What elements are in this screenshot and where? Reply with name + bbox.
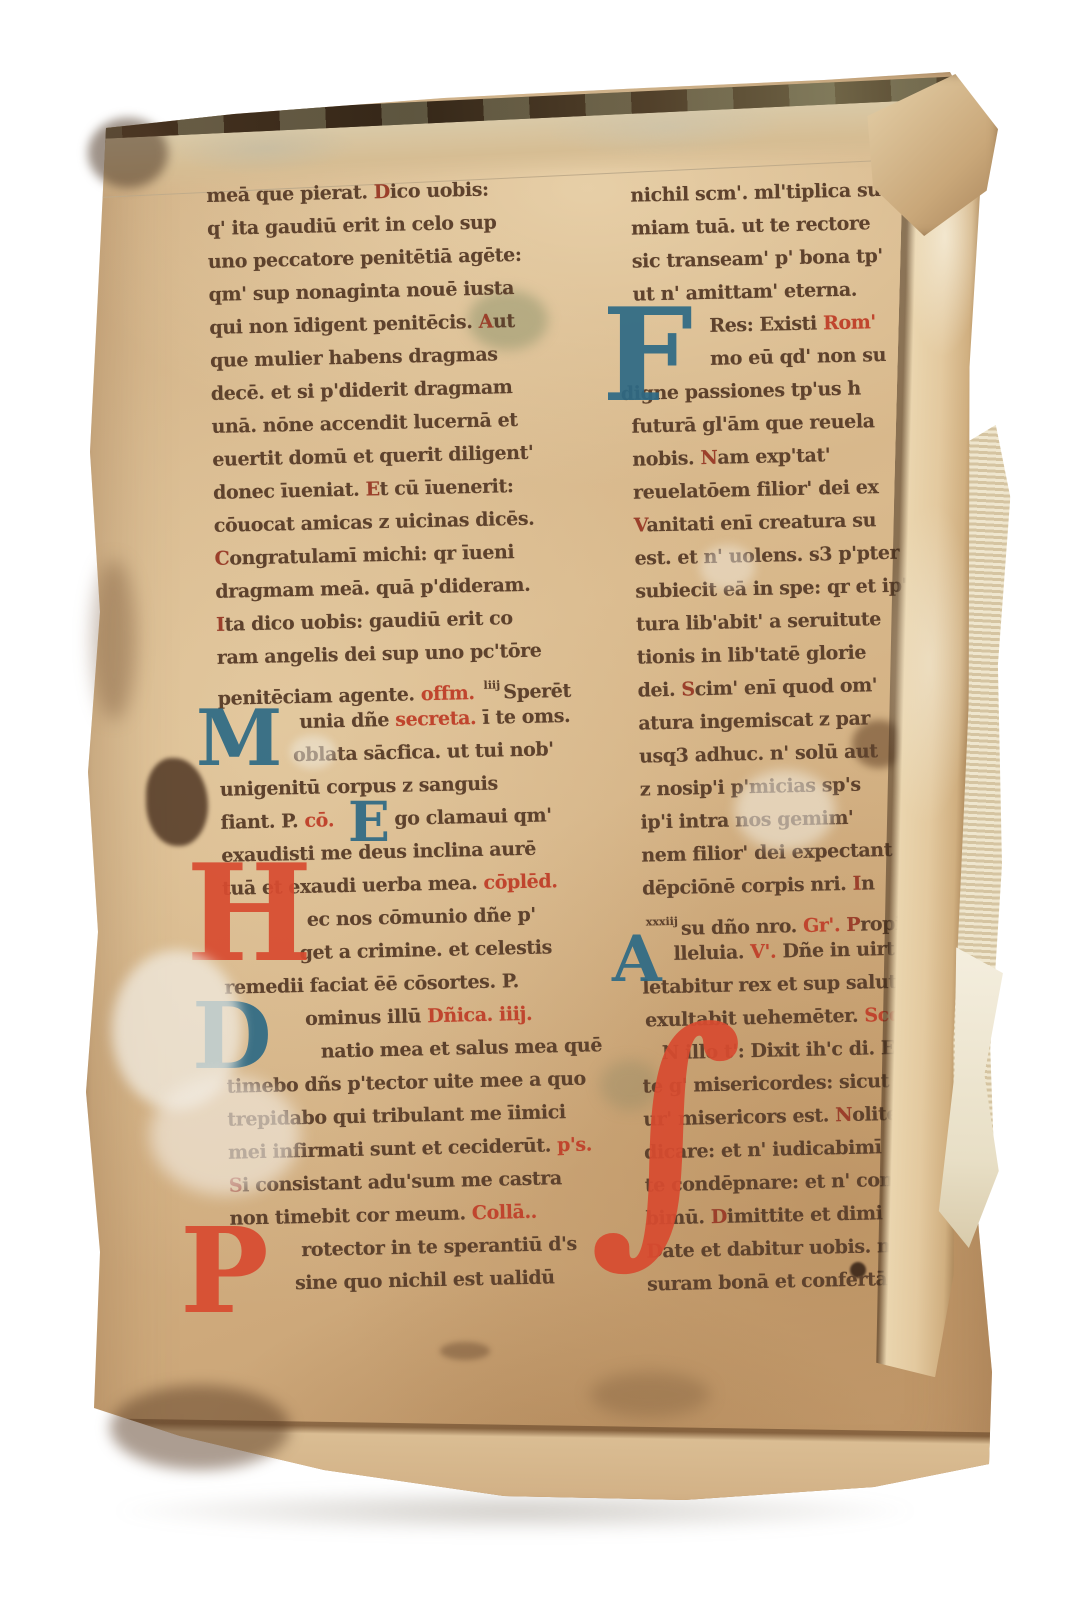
body-text: ī te oms. [482,705,570,729]
body-text: reuelatōem filior' dei ex [633,476,879,504]
body-text: ominus illū [305,1005,428,1030]
rubric-text: Collā.. [472,1201,537,1224]
body-text: miam tuā. ut te rectore [631,212,871,239]
body-text: dragmam meā. quā p'dideram. [215,574,530,603]
body-text: ec nos cōmunio dñe p' [307,904,537,931]
body-text: uno peccatore penitētiā agēte: [208,244,522,273]
body-text: qui non īdigent penitēcis. [209,311,479,339]
body-text: i consistant adu'sum me castra [242,1167,562,1196]
body-text: ta dico uobis: gaudiū erit co [224,607,513,636]
body-text: N [835,1104,852,1126]
body-text: unia dñe [299,709,395,733]
body-text: mo eū qd' non su [710,344,886,370]
body-text: nichil scm'. ml'tiplica su [630,179,881,207]
body-text: natio mea et salus mea quē [321,1034,603,1062]
body-text: n [861,872,875,894]
body-text: cōuocat amicas z uicinas dicēs. [214,508,535,537]
body-text: S [681,678,695,700]
illuminated-initial-f: F [602,292,693,420]
body-text: trepidabo qui tribulant me īimici [227,1101,566,1131]
body-text: S [229,1174,243,1196]
body-text: que mulier habens dragmas [210,343,498,372]
body-text: cim' enī quod om' [694,674,877,700]
body-text: anitati enī creatura su [646,509,876,536]
body-text: go clamaui qm' [394,804,552,830]
body-text: usq3 adhuc. n' solū aut [639,740,878,767]
rubric-text: Rom' [823,311,876,334]
body-text: timebo dñs p'tector uite mee a quo [226,1068,586,1098]
body-text: N [700,447,717,469]
body-text: sic transeam' p' bona tp' [632,245,883,273]
body-text: tura lib'abit' a seruitute [636,608,881,636]
body-text: mei infirmati sunt et ceciderūt. [228,1134,558,1163]
body-text: nem filior' dei expectant [641,839,892,867]
body-text: atura ingemiscat z par [638,707,870,734]
body-text: ip'i intra nos gemim' [640,807,853,834]
rubric-text: Dñica. iiij. [427,1003,532,1027]
body-text: meā que pierat. [206,181,374,207]
illuminated-initial-m: M [196,700,282,778]
rubric-text: cō. [304,809,340,832]
body-text: qm' sup nonaginta nouē iusta [208,277,514,306]
body-text: V [634,514,647,536]
illuminated-initial-e: E [348,794,390,849]
body-text: ico uobis: [390,179,489,203]
body-text: euertit domū et querit diligent' [212,442,534,471]
body-text: donec īueniat. [213,478,366,503]
illuminated-initial-p: P [180,1212,269,1330]
rubric-text: V'. [750,940,783,963]
body-text: ram angelis dei sup uno pc'tōre [217,640,542,669]
illuminated-initial-i-swash: ∫ [588,1000,648,1260]
body-text: decē. et si p'diderit dragmam [211,376,513,405]
rubric-text: cōplēd. [483,870,557,894]
body-text: get a crimine. et celestis [299,936,552,964]
body-text: rotector in te sperantiū d's [301,1233,577,1261]
body-text: fiant. P. [220,810,304,834]
body-text: est. et n' uolens. s3 p'pter [634,542,899,570]
body-text: t cū īuenerit: [379,475,513,500]
body-text: D [374,181,391,203]
illuminated-initial-d: D [192,990,272,1082]
body-text: ut [493,310,515,332]
body-text: subiecit eā in spe: qr et ip' [635,575,907,603]
body-text: Dñe in uirt [782,938,895,963]
body-text: E [365,478,380,500]
body-text: sine quo nichil est ualidū [295,1266,555,1294]
body-text: ongratulamī michi: qr īueni [229,541,514,569]
body-text: lleluia. [673,941,750,965]
body-text: A [478,311,493,333]
body-text: C [214,548,229,570]
body-text: am exp'tat' [717,444,830,469]
rubric-text: p's. [557,1133,592,1156]
body-text: z nosip'i p'micias sp's [640,774,861,801]
manuscript-photograph: meā que pierat. Dico uobis:q' ita gaudiū… [0,0,1067,1600]
body-text: imittite et dimi [727,1202,883,1228]
body-text: unā. nōne accendit lucernā et [211,409,518,438]
rubric-text: secreta. [395,707,483,731]
body-text: oblata sācfica. ut tui nob' [293,738,554,766]
marginal-numeral: liij [483,678,500,691]
illuminated-initial-h: H [186,846,313,980]
body-text: q' ita gaudiū erit in celo sup [207,211,497,240]
body-text: dēpciōnē corpis nri. [642,873,853,900]
body-text: nobis. [632,447,701,471]
body-text: dei. [637,679,681,702]
body-text: tionis in lib'tatē glorie [637,641,867,668]
body-text: P [846,914,860,936]
body-text: Res: Existi [709,312,823,337]
